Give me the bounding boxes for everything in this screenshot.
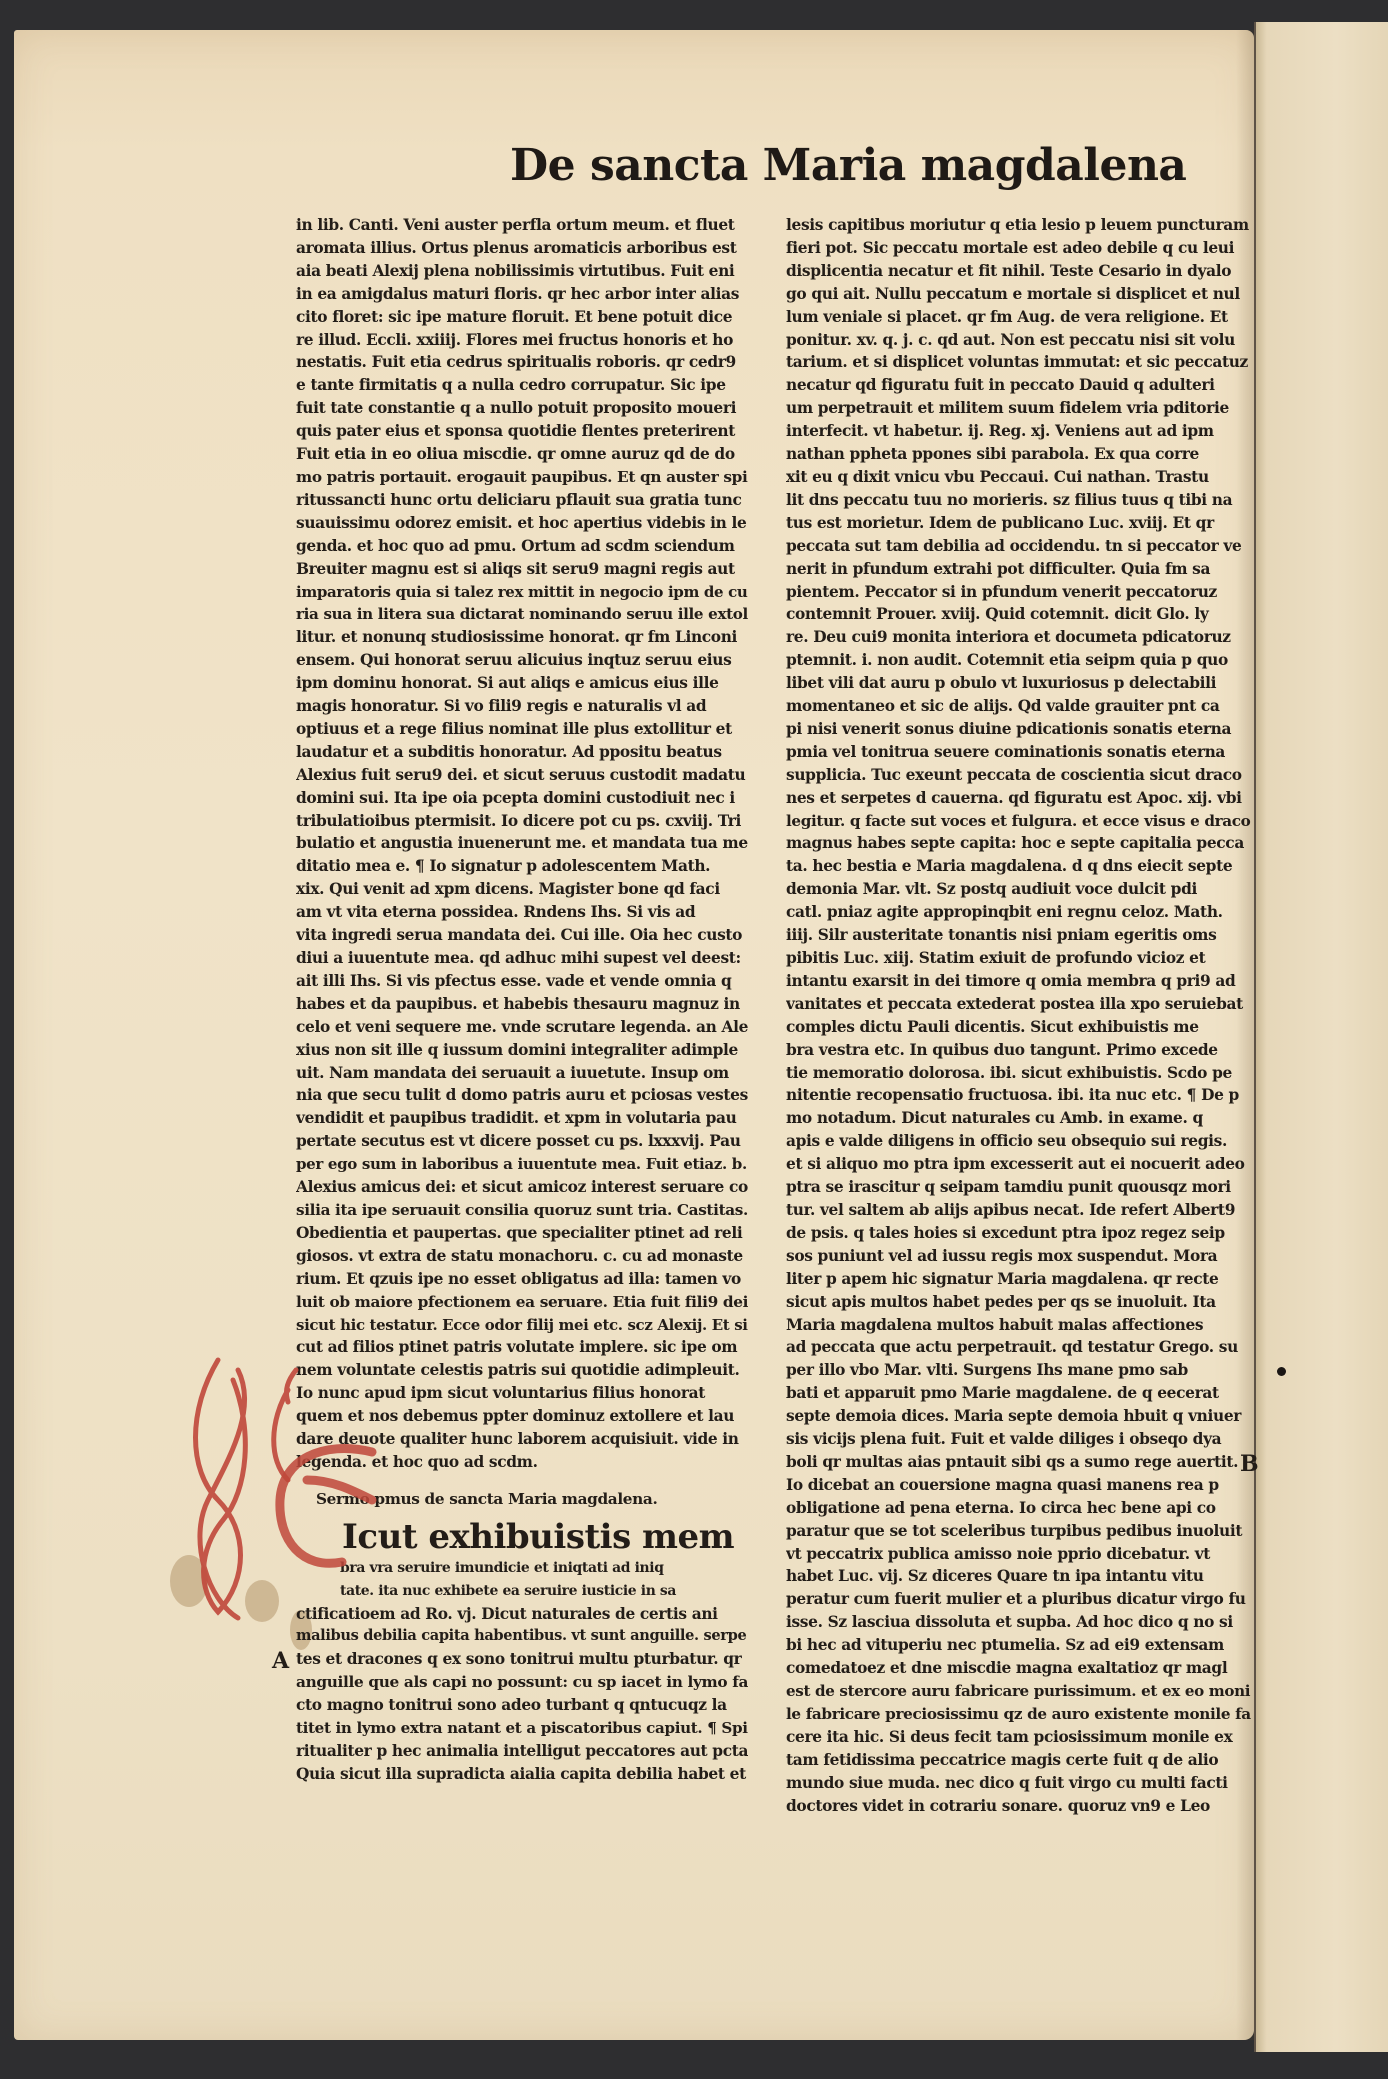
text-line: nitentie recopensatio fructuosa. ibi. it… <box>786 1084 1251 1107</box>
right-column: lesis capitibus moriutur q etia lesio p … <box>786 214 1251 1817</box>
text-line: iiij. Silr austeritate tonantis nisi pni… <box>786 924 1251 947</box>
text-line: lum veniale si placet. qr fm Aug. de ver… <box>786 306 1251 329</box>
text-line: litur. et nonunq studiosissime honorat. … <box>296 626 748 649</box>
text-line: et si aliquo mo ptra ipm excesserit aut … <box>786 1153 1251 1176</box>
text-line: nia que secu tulit d domo patris auru et… <box>296 1084 748 1107</box>
text-line: tie memoratio dolorosa. ibi. sicut exhib… <box>786 1062 1251 1085</box>
text-line: comedatoez et dne miscdie magna exaltati… <box>786 1657 1251 1680</box>
text-line: interfecit. vt habetur. ij. Reg. xj. Ven… <box>786 420 1251 443</box>
text-line: in lib. Canti. Veni auster perfla ortum … <box>296 214 748 237</box>
text-line: uit. Nam mandata dei seruauit a iuuetute… <box>296 1062 748 1085</box>
text-line: titet in lymo extra natant et a piscator… <box>296 1717 748 1740</box>
text-line: magnus habes septe capita: hoc e septe c… <box>786 832 1251 855</box>
text-line: Breuiter magnu est si aliqs sit seru9 ma… <box>296 558 748 581</box>
running-head: De sancta Maria magdalena <box>510 140 1110 191</box>
text-line: xix. Qui venit ad xpm dicens. Magister b… <box>296 878 748 901</box>
text-line: contemnit Prouer. xviij. Quid cotemnit. … <box>786 603 1251 626</box>
text-line: ipm dominu honorat. Si aut aliqs e amicu… <box>296 672 748 695</box>
text-line: quis pater eius et sponsa quotidie flent… <box>296 420 748 443</box>
facing-page-edge <box>1254 22 1388 2052</box>
text-line: sicut hic testatur. Ecce odor filij mei … <box>296 1314 748 1337</box>
right-column-body: lesis capitibus moriutur q etia lesio p … <box>786 214 1251 1817</box>
text-line: Quia sicut illa supradicta aialia capita… <box>296 1763 748 1786</box>
text-line: paratur que se tot sceleribus turpibus p… <box>786 1520 1251 1543</box>
text-line: xit eu q dixit vnicu vbu Peccaui. Cui na… <box>786 466 1251 489</box>
text-line: liter p apem hic signatur Maria magdalen… <box>786 1268 1251 1291</box>
text-line: silia ita ipe seruauit consilia quoruz s… <box>296 1199 748 1222</box>
text-line: ria sua in litera sua dictarat nominando… <box>296 603 748 626</box>
text-line: cito floret: sic ipe mature floruit. Et … <box>296 306 748 329</box>
text-line: sis vicijs plena fuit. Fuit et valde dil… <box>786 1428 1251 1451</box>
text-line: boli qr multas aias pntauit sibi qs a su… <box>786 1451 1251 1474</box>
text-line: magis honoratur. Si vo fili9 regis e nat… <box>296 695 748 718</box>
signature-mark-b: B <box>1240 1451 1259 1477</box>
text-line: per ego sum in laboribus a iuuentute mea… <box>296 1153 748 1176</box>
text-line: optiuus et a rege filius nominat ille pl… <box>296 718 748 741</box>
text-line: Alexius fuit seru9 dei. et sicut seruus … <box>296 764 748 787</box>
text-line: catl. pniaz agite appropinqbit eni regnu… <box>786 901 1251 924</box>
text-line: re. Deu cui9 monita interiora et documet… <box>786 626 1251 649</box>
text-line: fieri pot. Sic peccatu mortale est adeo … <box>786 237 1251 260</box>
text-line: imparatoris quia si talez rex mittit in … <box>296 581 748 604</box>
text-line: libet vili dat auru p obulo vt luxuriosu… <box>786 672 1251 695</box>
text-line: ta. hec bestia e Maria magdalena. d q dn… <box>786 855 1251 878</box>
text-line: le fabricare preciosissimu qz de auro ex… <box>786 1703 1251 1726</box>
red-initial-s-icon <box>262 1440 392 1580</box>
text-line: habes et da paupibus. et habebis thesaur… <box>296 993 748 1016</box>
text-line: domini sui. Ita ipe oia pcepta domini cu… <box>296 787 748 810</box>
text-line: aromata illius. Ortus plenus aromaticis … <box>296 237 748 260</box>
text-line: lesis capitibus moriutur q etia lesio p … <box>786 214 1251 237</box>
sermon-incipit: Icut exhibuistis mem <box>342 1517 748 1557</box>
left-column-body: in lib. Canti. Veni auster perfla ortum … <box>296 214 748 1474</box>
text-line: demonia Mar. vlt. Sz postq audiuit voce … <box>786 878 1251 901</box>
text-line: tes et dracones q ex sono tonitrui multu… <box>296 1648 748 1671</box>
text-line: per illo vbo Mar. vlti. Surgens Ihs mane… <box>786 1359 1251 1382</box>
text-line: supplicia. Tuc exeunt peccata de coscien… <box>786 764 1251 787</box>
text-line: septe demoia dices. Maria septe demoia h… <box>786 1405 1251 1428</box>
text-line: necatur qd figuratu fuit in peccato Daui… <box>786 374 1251 397</box>
text-line: re illud. Eccli. xxiiij. Flores mei fruc… <box>296 329 748 352</box>
text-line: ponitur. xv. q. j. c. qd aut. Non est pe… <box>786 329 1251 352</box>
text-line: doctores videt in cotrariu sonare. quoru… <box>786 1795 1251 1818</box>
text-line: ritualiter p hec animalia intelligut pec… <box>296 1740 748 1763</box>
text-line: ensem. Qui honorat seruu alicuius inqtuz… <box>296 649 748 672</box>
text-line: diui a iuuentute mea. qd adhuc mihi supe… <box>296 947 748 970</box>
text-line: ait illi Ihs. Si vis pfectus esse. vade … <box>296 970 748 993</box>
text-line: legitur. q facte sut voces et fulgura. e… <box>786 810 1251 833</box>
text-line: cere ita hic. Si deus fecit tam pciosiss… <box>786 1726 1251 1749</box>
text-line: mo notadum. Dicut naturales cu Amb. in e… <box>786 1107 1251 1130</box>
text-line: fuit tate constantie q a nullo potuit pr… <box>296 397 748 420</box>
text-line: ptemnit. i. non audit. Cotemnit etia sei… <box>786 649 1251 672</box>
text-line: am vt vita eterna possidea. Rndens Ihs. … <box>296 901 748 924</box>
text-line: vt peccatrix publica amisso noie pprio d… <box>786 1543 1251 1566</box>
text-line: ditatio mea e. ¶ Io signatur p adolescen… <box>296 855 748 878</box>
text-line: nes et serpetes d cauerna. qd figuratu e… <box>786 787 1251 810</box>
text-line: go qui ait. Nullu peccatum e mortale si … <box>786 283 1251 306</box>
text-line: vendidit et paupibus tradidit. et xpm in… <box>296 1107 748 1130</box>
text-line: momentaneo et sic de alijs. Qd valde gra… <box>786 695 1251 718</box>
text-line: apis e valde diligens in officio seu obs… <box>786 1130 1251 1153</box>
text-line: pmia vel tonitrua seuere cominationis so… <box>786 741 1251 764</box>
text-line: pi nisi venerit sonus diuine pdicationis… <box>786 718 1251 741</box>
text-line: Obedientia et paupertas. que specialiter… <box>296 1222 748 1245</box>
text-line: giosos. vt extra de statu monachoru. c. … <box>296 1245 748 1268</box>
text-line: Alexius amicus dei: et sicut amicoz inte… <box>296 1176 748 1199</box>
text-line: Fuit etia in eo oliua miscdie. qr omne a… <box>296 443 748 466</box>
text-line: bati et apparuit pmo Marie magdalene. de… <box>786 1382 1251 1405</box>
text-line: aia beati Alexij plena nobilissimis virt… <box>296 260 748 283</box>
ink-dot <box>1277 1367 1286 1376</box>
text-line: displicentia necatur et fit nihil. Teste… <box>786 260 1251 283</box>
text-line: suauissimu odorez emisit. et hoc apertiu… <box>296 512 748 535</box>
text-line: comples dictu Pauli dicentis. Sicut exhi… <box>786 1016 1251 1039</box>
text-line: sicut apis multos habet pedes per qs se … <box>786 1291 1251 1314</box>
text-line: genda. et hoc quo ad pmu. Ortum ad scdm … <box>296 535 748 558</box>
text-line: tam fetidissima peccatrice magis certe f… <box>786 1749 1251 1772</box>
text-line: bi hec ad vituperiu nec ptumelia. Sz ad … <box>786 1634 1251 1657</box>
text-line: ptra se irascitur q seipam tamdiu punit … <box>786 1176 1251 1199</box>
text-line: xius non sit ille q iussum domini integr… <box>296 1039 748 1062</box>
text-line: luit ob maiore pfectionem ea seruare. Et… <box>296 1291 748 1314</box>
text-line: pientem. Peccator si in pfundum venerit … <box>786 581 1251 604</box>
marginal-letter-a: A <box>272 1648 289 1674</box>
text-line: pibitis Luc. xiij. Statim exiuit de prof… <box>786 947 1251 970</box>
text-line: anguille que als capi no possunt: cu sp … <box>296 1671 748 1694</box>
text-line: peratur cum fuerit mulier et a pluribus … <box>786 1588 1251 1611</box>
text-line: nathan ppheta ppones sibi parabola. Ex q… <box>786 443 1251 466</box>
text-line: est de stercore auru fabricare purissimu… <box>786 1680 1251 1703</box>
text-line: cto magno tonitrui sono adeo turbant q q… <box>296 1694 748 1717</box>
text-line: nestatis. Fuit etia cedrus spiritualis r… <box>296 351 748 374</box>
text-line: tur. vel saltem ab alijs apibus necat. I… <box>786 1199 1251 1222</box>
text-line: ritussancti hunc ortu deliciaru pflauit … <box>296 489 748 512</box>
text-line: rium. Et qzuis ipe no esset obligatus ad… <box>296 1268 748 1291</box>
text-line: bulatio et angustia inuenerunt me. et ma… <box>296 832 748 855</box>
text-line: e tante firmitatis q a nulla cedro corru… <box>296 374 748 397</box>
text-line: bra vestra etc. In quibus duo tangunt. P… <box>786 1039 1251 1062</box>
text-line: intantu exarsit in dei timore q omia mem… <box>786 970 1251 993</box>
text-line: laudatur et a subditis honoratur. Ad ppo… <box>296 741 748 764</box>
text-line: peccata sut tam debilia ad occidendu. tn… <box>786 535 1251 558</box>
text-line: tus est morietur. Idem de publicano Luc.… <box>786 512 1251 535</box>
text-line: mundo siue muda. nec dico q fuit virgo c… <box>786 1772 1251 1795</box>
text-line: ad peccata que actu perpetrauit. qd test… <box>786 1336 1251 1359</box>
text-line: vita ingredi serua mandata dei. Cui ille… <box>296 924 748 947</box>
text-line: mo patris portauit. erogauit paupibus. E… <box>296 466 748 489</box>
text-line: Maria magdalena multos habuit malas affe… <box>786 1314 1251 1337</box>
text-line: obligatione ad pena eterna. Io circa hec… <box>786 1497 1251 1520</box>
text-line: um perpetrauit et militem suum fidelem v… <box>786 397 1251 420</box>
text-line: celo et veni sequere me. vnde scrutare l… <box>296 1016 748 1039</box>
text-line: in ea amigdalus maturi floris. qr hec ar… <box>296 283 748 306</box>
text-line: sos puniunt vel ad iussu regis mox suspe… <box>786 1245 1251 1268</box>
text-line: tarium. et si displicet voluntas immutat… <box>786 351 1251 374</box>
text-line: Io dicebat an couersione magna quasi man… <box>786 1474 1251 1497</box>
text-line: tribulatioibus ptermisit. Io dicere pot … <box>296 810 748 833</box>
text-line: lit dns peccatu tuu no morieris. sz fili… <box>786 489 1251 512</box>
text-line: isse. Sz lasciua dissoluta et supba. Ad … <box>786 1611 1251 1634</box>
text-line: nerit in pfundum extrahi pot difficulter… <box>786 558 1251 581</box>
text-line: de psis. q tales hoies si excedunt ptra … <box>786 1222 1251 1245</box>
text-line: pertate secutus est vt dicere posset cu … <box>296 1130 748 1153</box>
text-line: vanitates et peccata extederat postea il… <box>786 993 1251 1016</box>
text-line: habet Luc. vij. Sz diceres Quare tn ipa … <box>786 1565 1251 1588</box>
